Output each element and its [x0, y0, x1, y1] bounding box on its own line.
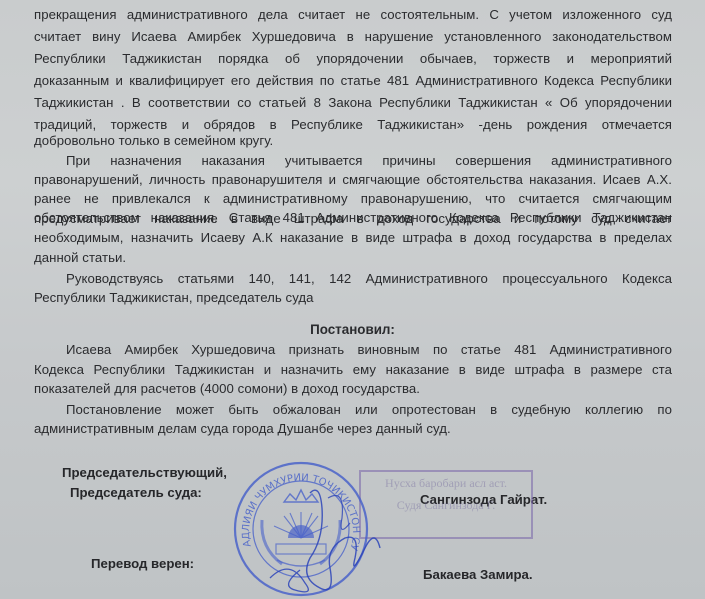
presiding-label: Председательствующий, [62, 465, 227, 480]
text-line: ранее не привлекался к административному… [34, 190, 672, 207]
text-line: показателей для расчетов (4000 сомони) в… [34, 380, 672, 397]
text-line: Республики Таджикистан, председатель суд… [34, 289, 672, 306]
text-line: административным делам суда города Душан… [34, 420, 672, 437]
text-line: Постановление может быть обжалован или о… [66, 401, 672, 418]
text-line: необходимым, назначить Исаеву А.К наказа… [34, 229, 672, 246]
text-line: Кодекса Республики Таджикистан и назначи… [34, 361, 672, 378]
handwritten-signature-icon [250, 478, 410, 599]
text-line: Таджикистан . В соответствии со статьей … [34, 94, 672, 111]
text-line: традиций, торжеств и обрядов в Республик… [34, 116, 672, 133]
text-line: Руководствуясь статьями 140, 141, 142 Ад… [66, 270, 672, 287]
presiding-label-court: Председатель суда: [70, 485, 202, 500]
text-line: При назначения наказания учитывается при… [66, 152, 672, 169]
text-line: Исаева Амирбек Хуршедовича признать вино… [66, 341, 672, 358]
text-line: предусматривает наказание в виде штрафа … [34, 210, 672, 227]
translation-label: Перевод верен: [91, 556, 194, 571]
translator-name: Бакаева Замира. [423, 567, 533, 582]
text-line: правонарушений, личность правонарушителя… [34, 171, 672, 188]
text-line: Республики Таджикистан порядка об упоряд… [34, 50, 672, 67]
document-page: прекращения административного дела счита… [0, 0, 705, 599]
text-line: доказанным и квалифицирует его действия … [34, 72, 672, 89]
text-line: добровольно только в семейном кругу. [34, 132, 672, 149]
text-line: прекращения административного дела счита… [34, 6, 672, 23]
resolution-heading: Постановил: [0, 322, 705, 337]
text-line: считает вину Исаева Амирбек Хуршедовича … [34, 28, 672, 45]
text-line: данной статьи. [34, 249, 672, 266]
